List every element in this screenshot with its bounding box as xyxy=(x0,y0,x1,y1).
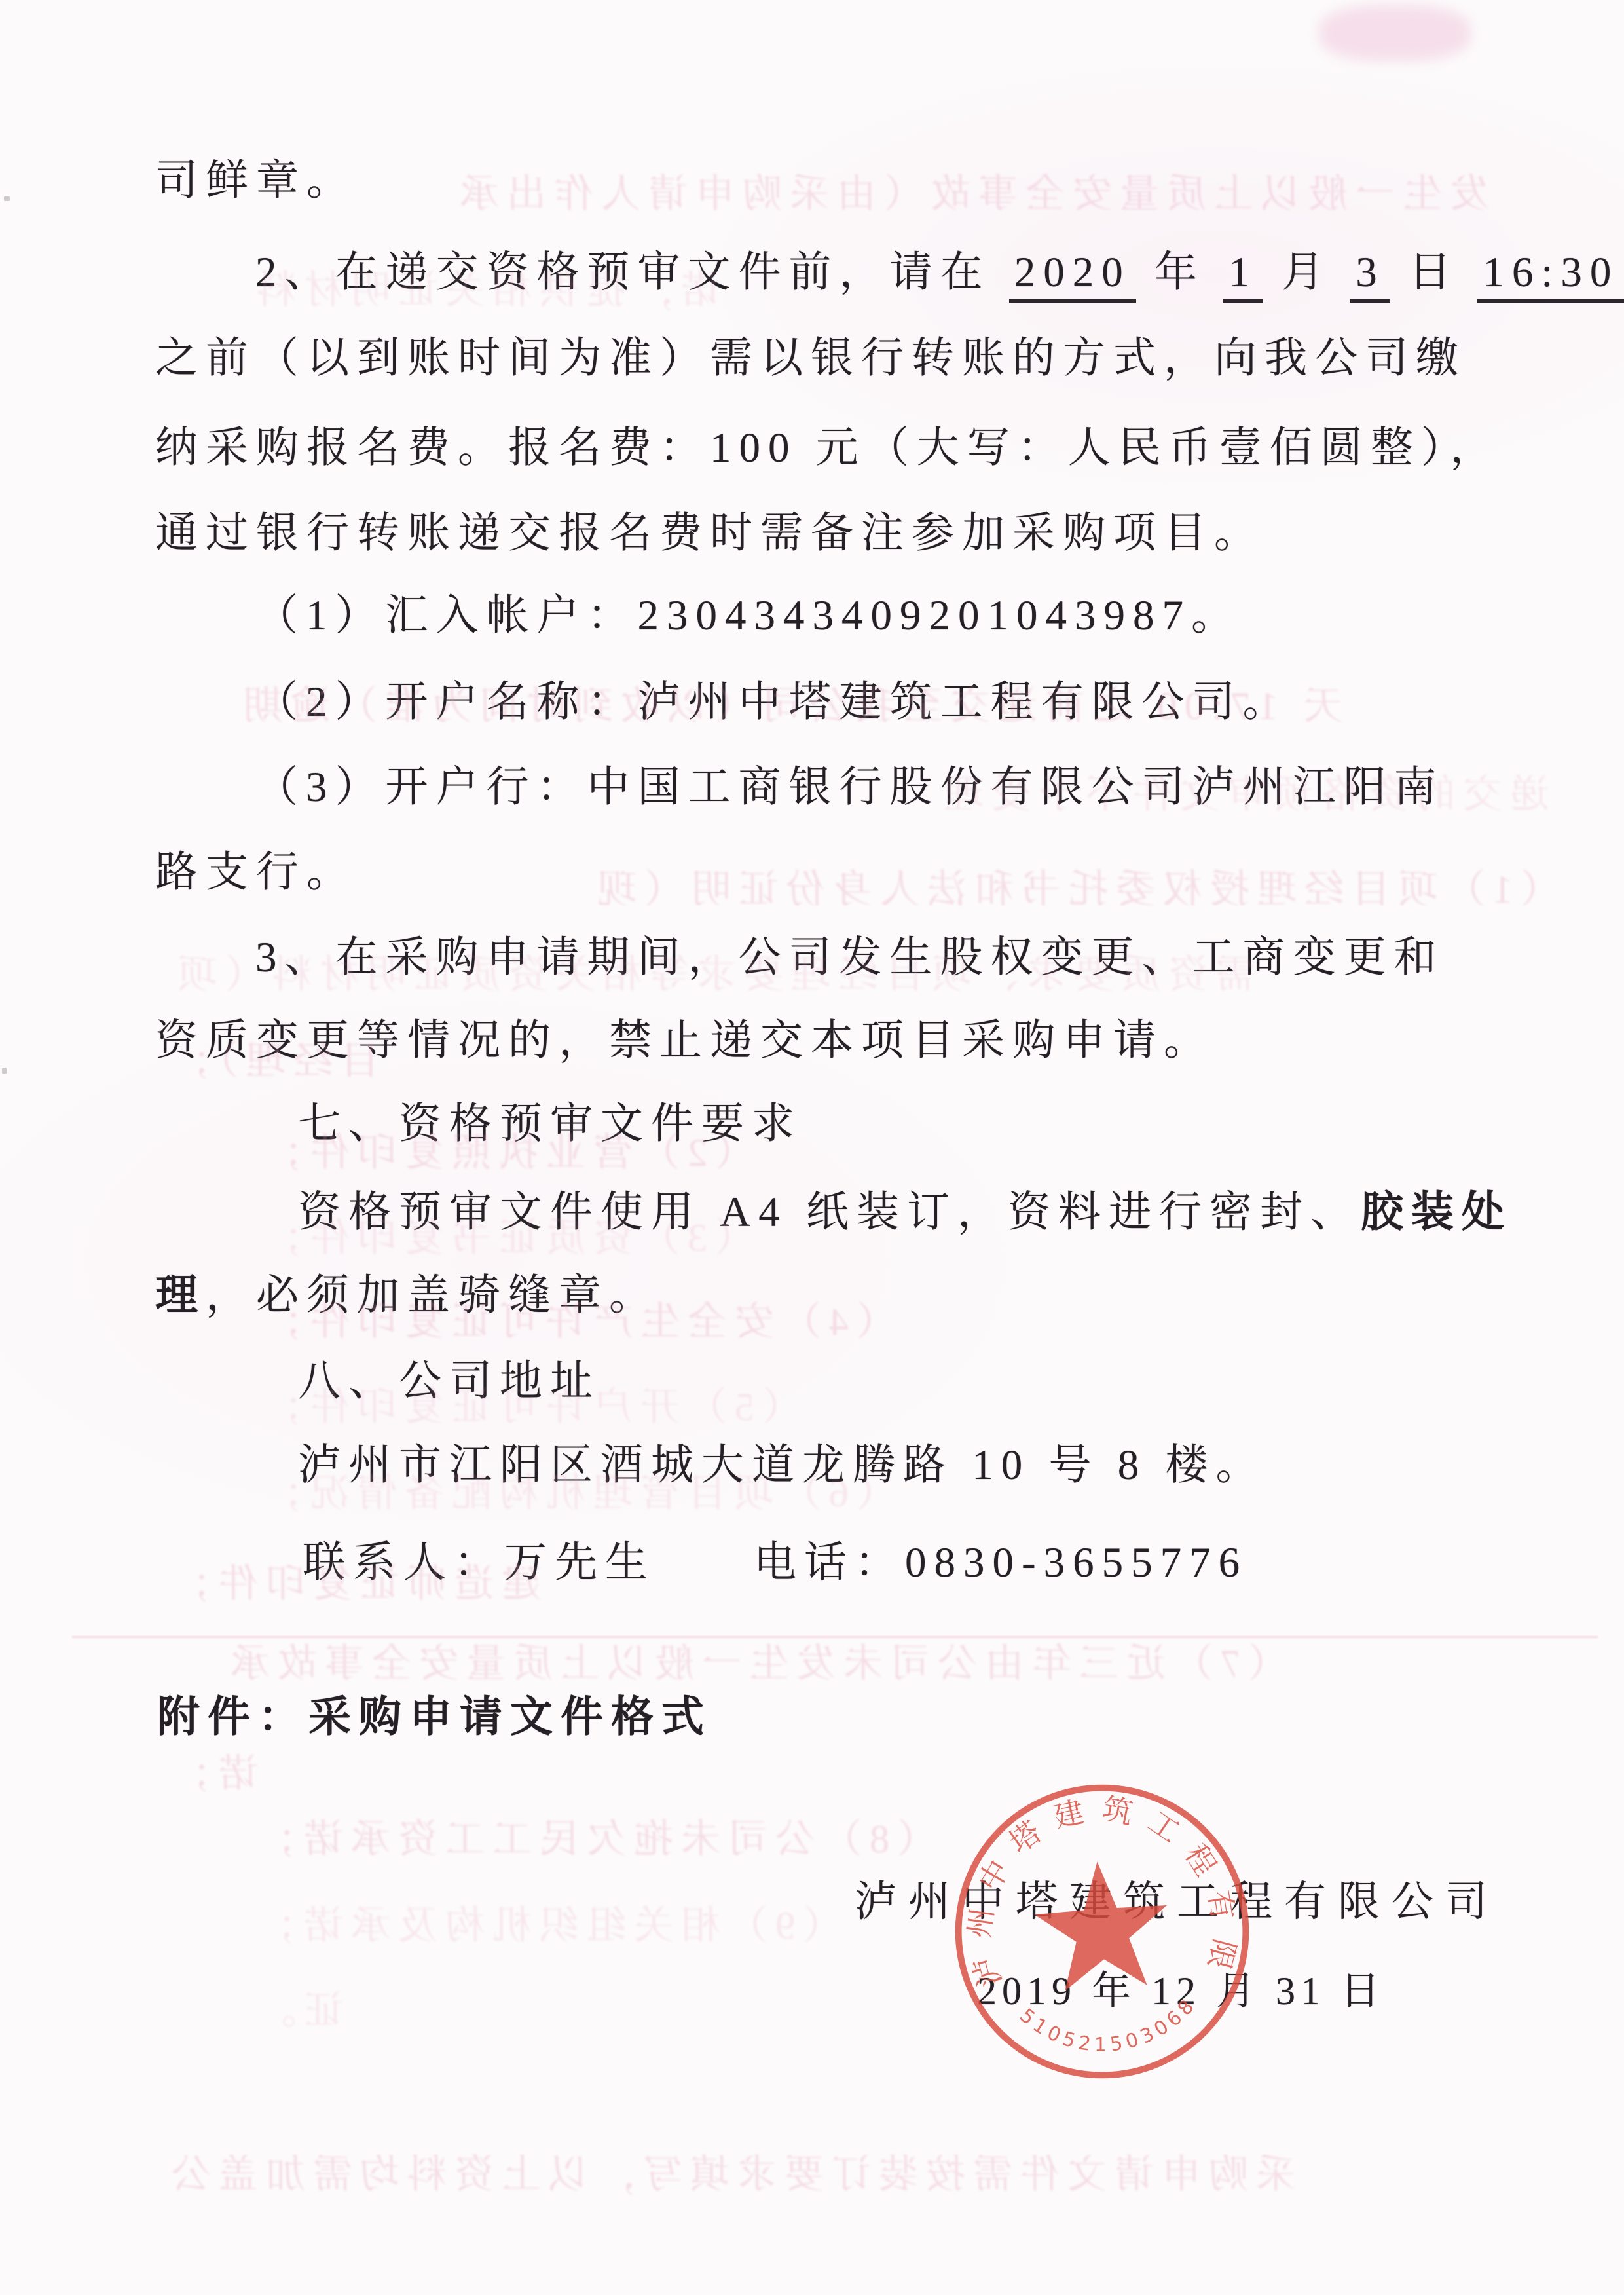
attachment-line: 附件：采购申请文件格式 xyxy=(157,1682,712,1744)
bleedthrough-text: 天 17:00 之前递交至我公司（以收到时间为准）逾期 xyxy=(236,675,1343,731)
text-line-4: 纳采购报名费。报名费：100 元（大写：人民币壹佰圆整）， xyxy=(155,413,1500,474)
bleedthrough-text: 诺； xyxy=(164,1742,258,1799)
signature-company-name: 泸州中塔建筑工程有限公司 xyxy=(855,1868,1499,1928)
bleedthrough-text: （9）相关组织机构及承诺； xyxy=(249,1894,842,1950)
scan-speck xyxy=(4,196,10,201)
bleedthrough-text: 采购申请文件需按装订要求填写，以上资料均需加盖公 xyxy=(164,2143,1295,2199)
scan-smudge xyxy=(1319,5,1470,61)
year-unit: 年 xyxy=(1136,249,1224,296)
bleedthrough-text: 需资质要求、项目经理要求等相关资质证明材料（项 xyxy=(170,943,1255,999)
seal-outer-ring xyxy=(949,1778,1255,2085)
deadline-month: 1 xyxy=(1223,249,1263,303)
deadline-time: 16:30 xyxy=(1477,249,1624,303)
bleedthrough-text: （7）近三年由公司未发生一般以上质量安全事故承 xyxy=(223,1632,1287,1689)
bleedthrough-text: （3）资质证书复印件； xyxy=(255,1206,754,1263)
text-line-5: 通过银行转账递交报名费时需备注参加采购项目。 xyxy=(155,498,1264,559)
deadline-day: 3 xyxy=(1350,249,1390,303)
bleedthrough-text: 发生一般以上质量安全事故（由采购申请人作出承 xyxy=(452,162,1489,219)
bleedthrough-text: 诺，提供相关证明材料 xyxy=(249,259,720,315)
signature-date: 2019 年 12 月 31 日 xyxy=(977,1960,1385,2016)
deadline-year: 2020 xyxy=(1009,249,1136,303)
bleedthrough-text: （8）公司未拖欠民工工资承诺； xyxy=(249,1808,936,1864)
bleedthrough-text: （2）营业执照复印件； xyxy=(255,1121,754,1178)
bleedthrough-text: 证。 xyxy=(249,1979,343,2036)
text-line-14-bold: 理 xyxy=(155,1272,206,1319)
text-line-1: 司鲜章。 xyxy=(155,145,357,207)
bleedthrough-text: （6）项目管理机构配备情况； xyxy=(255,1462,896,1518)
bleedthrough-text: 目经理）； xyxy=(164,1030,380,1086)
day-unit: 日 xyxy=(1390,249,1478,296)
month-unit: 月 xyxy=(1263,249,1351,296)
text-line-9: 路支行。 xyxy=(155,837,357,899)
bleedthrough-text: 递交的资格预审文件不予受理 xyxy=(936,763,1549,819)
bleedthrough-text: （4）安全生产许可证复印件； xyxy=(255,1290,896,1347)
contact-phone: 电话：0830-3655776 xyxy=(754,1539,1247,1586)
bleedthrough-text: （1）项目经理授权委托书和法人身份证明（现 xyxy=(589,858,1560,914)
bleedthrough-rule xyxy=(72,1636,1598,1638)
remit-account-line: （1）汇入帐户：2304343409201043987。 xyxy=(255,580,1242,642)
text-line-13-bold: 胶装处 xyxy=(1361,1189,1512,1236)
scan-speck xyxy=(2,1068,7,1074)
bleedthrough-text: 建造师证复印件； xyxy=(164,1552,541,1609)
bleedthrough-text: （5）开户许可证复印件； xyxy=(255,1375,802,1432)
text-line-3: 之前（以到账时间为准）需以银行转账的方式，向我公司缴 xyxy=(155,323,1466,384)
company-seal-stamp: 泸州中塔建筑工程有限公司 5105215030685 xyxy=(929,1759,1274,2104)
scanned-document-page: { "doc": { "l1": "司鲜章。", "l2": {"a": "2、… xyxy=(0,0,1624,2295)
